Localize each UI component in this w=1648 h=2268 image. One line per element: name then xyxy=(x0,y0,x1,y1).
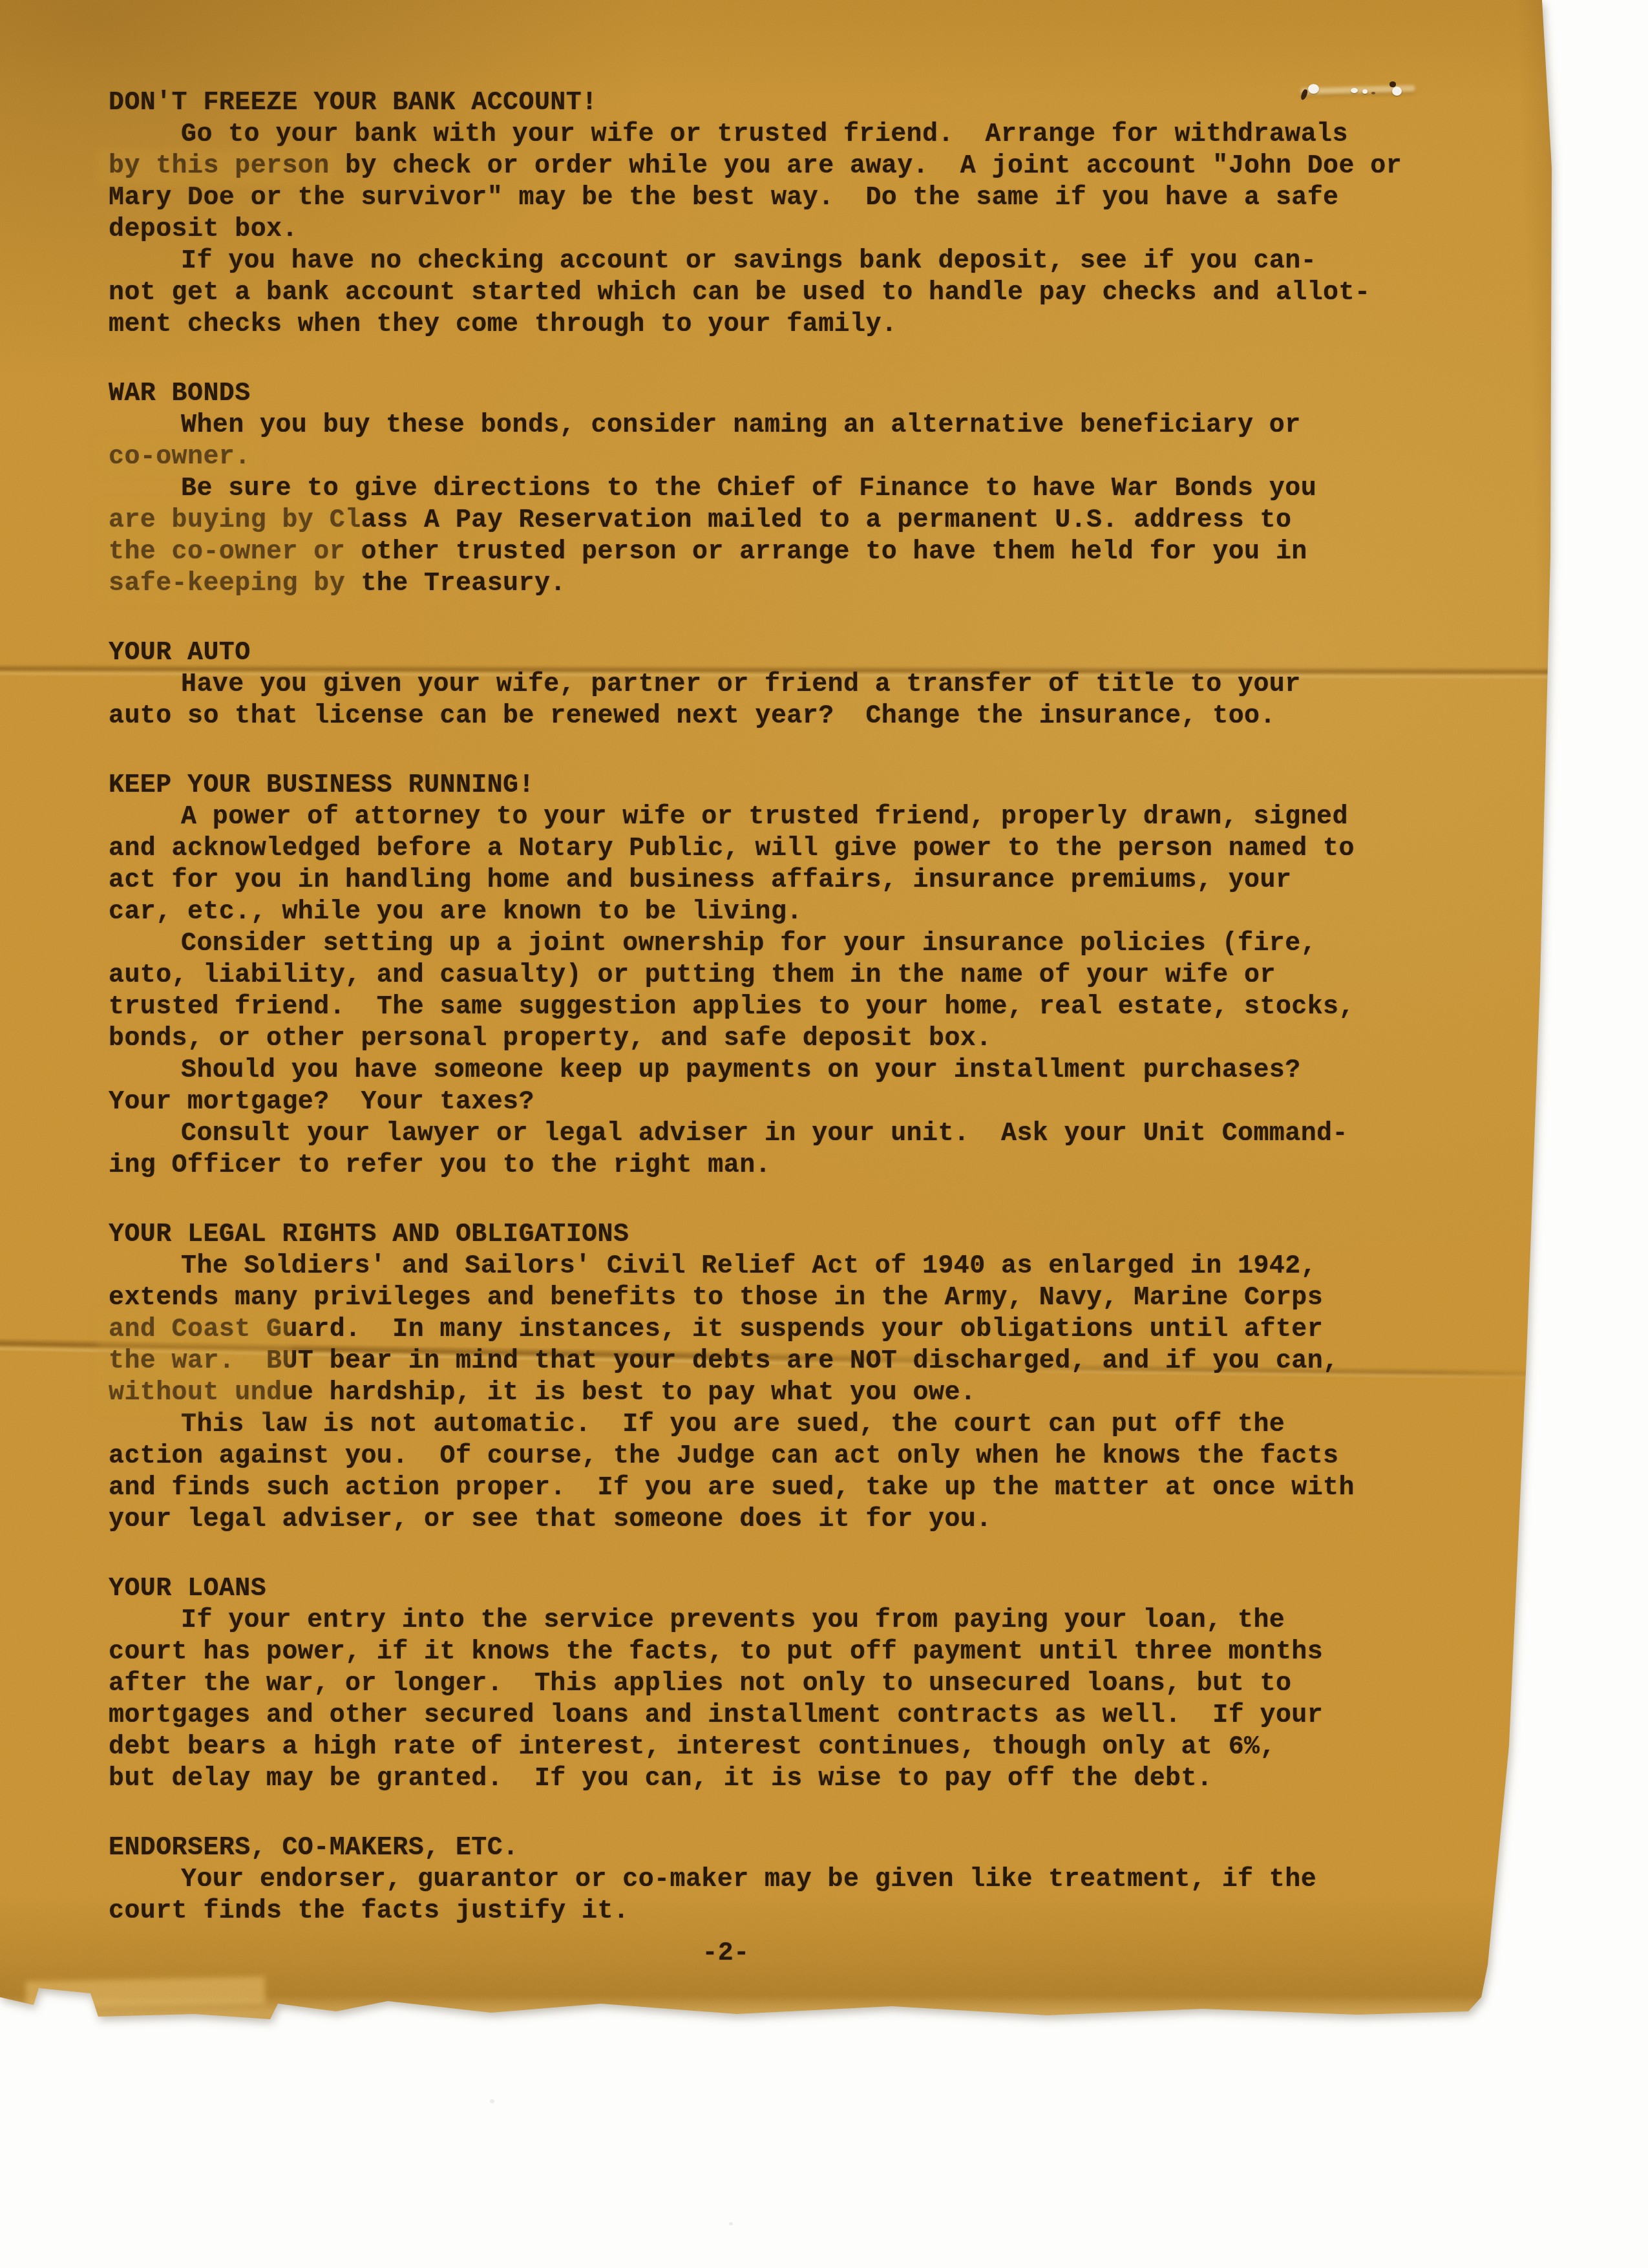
text-line: but delay may be granted. If you can, it… xyxy=(109,1763,1472,1795)
text-line: The Soldiers' and Sailors' Civil Relief … xyxy=(109,1251,1472,1282)
paragraph: Should you have someone keep up payments… xyxy=(109,1055,1472,1118)
text-line: extends many privileges and benefits to … xyxy=(109,1282,1472,1314)
right-edge-shading xyxy=(1448,0,1648,2083)
text-line: Should you have someone keep up payments… xyxy=(109,1055,1472,1086)
section-heading: WAR BONDS xyxy=(109,378,1472,410)
section-heading: YOUR AUTO xyxy=(109,637,1472,669)
paragraph: This law is not automatic. If you are su… xyxy=(109,1409,1472,1536)
section-endorsers-co-makers-etc: ENDORSERS, CO-MAKERS, ETC.Your endorser,… xyxy=(109,1832,1472,1927)
text-line: If you have no checking account or savin… xyxy=(109,246,1472,277)
section-heading: YOUR LOANS xyxy=(109,1573,1472,1605)
text-line: deposit box. xyxy=(109,214,1472,246)
text-line: ing Officer to refer you to the right ma… xyxy=(109,1150,1472,1182)
text-line: Go to your bank with your wife or truste… xyxy=(109,119,1472,151)
scan-area: DON'T FREEZE YOUR BANK ACCOUNT!Go to you… xyxy=(0,0,1648,2268)
text-line: your legal adviser, or see that someone … xyxy=(109,1504,1472,1536)
paragraph: A power of attorney to your wife or trus… xyxy=(109,801,1472,928)
paragraph: Consider setting up a joint ownership fo… xyxy=(109,928,1472,1055)
text-line: trusted friend. The same suggestion appl… xyxy=(109,991,1472,1023)
section-your-legal-rights-and-obligations: YOUR LEGAL RIGHTS AND OBLIGATIONSThe Sol… xyxy=(109,1219,1472,1536)
text-line: and finds such action proper. If you are… xyxy=(109,1472,1472,1504)
paper-sheet: DON'T FREEZE YOUR BANK ACCOUNT!Go to you… xyxy=(0,0,1559,2030)
document-sections: DON'T FREEZE YOUR BANK ACCOUNT!Go to you… xyxy=(109,87,1472,1927)
torn-edge-highlight xyxy=(0,1995,1499,2020)
text-line: Consider setting up a joint ownership fo… xyxy=(109,928,1472,960)
text-line: When you buy these bonds, consider namin… xyxy=(109,410,1472,441)
text-line: action against you. Of course, the Judge… xyxy=(109,1441,1472,1472)
scanner-bed: { "page": { "scanner_background_color": … xyxy=(0,0,1648,2268)
text-line: auto so that license can be renewed next… xyxy=(109,701,1472,732)
paragraph: If your entry into the service prevents … xyxy=(109,1605,1472,1795)
text-line: are buying by Class A Pay Reservation ma… xyxy=(109,505,1472,536)
text-line: the co-owner or other trusted person or … xyxy=(109,536,1472,568)
paragraph: Have you given your wife, partner or fri… xyxy=(109,669,1472,732)
paragraph: Your endorser, guarantor or co-maker may… xyxy=(109,1864,1472,1927)
paragraph: Be sure to give directions to the Chief … xyxy=(109,473,1472,600)
text-line: after the war, or longer. This applies n… xyxy=(109,1668,1472,1700)
text-line: bonds, or other personal property, and s… xyxy=(109,1023,1472,1055)
paragraph: If you have no checking account or savin… xyxy=(109,246,1472,341)
paragraph: Consult your lawyer or legal adviser in … xyxy=(109,1118,1472,1182)
text-line: the war. BUT bear in mind that your debt… xyxy=(109,1346,1472,1377)
text-line: A power of attorney to your wife or trus… xyxy=(109,801,1472,833)
document-text: DON'T FREEZE YOUR BANK ACCOUNT!Go to you… xyxy=(109,87,1472,1969)
section-heading: DON'T FREEZE YOUR BANK ACCOUNT! xyxy=(109,87,1472,119)
paragraph: The Soldiers' and Sailors' Civil Relief … xyxy=(109,1251,1472,1409)
text-line: Your mortgage? Your taxes? xyxy=(109,1086,1472,1118)
text-line: auto, liability, and casualty) or puttin… xyxy=(109,960,1472,991)
text-line: safe-keeping by the Treasury. xyxy=(109,568,1472,600)
section-heading: YOUR LEGAL RIGHTS AND OBLIGATIONS xyxy=(109,1219,1472,1251)
text-line: act for you in handling home and busines… xyxy=(109,865,1472,896)
paragraph: Go to your bank with your wife or truste… xyxy=(109,119,1472,246)
dust-speck xyxy=(729,2222,733,2225)
section-keep-your-business-running: KEEP YOUR BUSINESS RUNNING!A power of at… xyxy=(109,770,1472,1182)
text-line: court finds the facts justify it. xyxy=(109,1896,1472,1927)
text-line: This law is not automatic. If you are su… xyxy=(109,1409,1472,1441)
section-heading: KEEP YOUR BUSINESS RUNNING! xyxy=(109,770,1472,801)
text-line: without undue hardship, it is best to pa… xyxy=(109,1377,1472,1409)
text-line: and acknowledged before a Notary Public,… xyxy=(109,833,1472,865)
text-line: Mary Doe or the survivor" may be the bes… xyxy=(109,182,1472,214)
text-line: If your entry into the service prevents … xyxy=(109,1605,1472,1637)
text-line: by this person by check or order while y… xyxy=(109,151,1472,182)
dust-speck xyxy=(490,2099,494,2103)
page-number: -2- xyxy=(44,1938,1408,1969)
text-line: car, etc., while you are known to be liv… xyxy=(109,896,1472,928)
text-line: Have you given your wife, partner or fri… xyxy=(109,669,1472,701)
text-line: ment checks when they come through to yo… xyxy=(109,309,1472,341)
text-line: Consult your lawyer or legal adviser in … xyxy=(109,1118,1472,1150)
section-dont-freeze-your-bank-account: DON'T FREEZE YOUR BANK ACCOUNT!Go to you… xyxy=(109,87,1472,341)
section-your-loans: YOUR LOANSIf your entry into the service… xyxy=(109,1573,1472,1795)
text-line: court has power, if it knows the facts, … xyxy=(109,1637,1472,1668)
section-war-bonds: WAR BONDSWhen you buy these bonds, consi… xyxy=(109,378,1472,600)
text-line: and Coast Guard. In many instances, it s… xyxy=(109,1314,1472,1346)
text-line: not get a bank account started which can… xyxy=(109,277,1472,309)
section-heading: ENDORSERS, CO-MAKERS, ETC. xyxy=(109,1832,1472,1864)
section-your-auto: YOUR AUTOHave you given your wife, partn… xyxy=(109,637,1472,732)
text-line: Be sure to give directions to the Chief … xyxy=(109,473,1472,505)
text-line: mortgages and other secured loans and in… xyxy=(109,1700,1472,1732)
text-line: debt bears a high rate of interest, inte… xyxy=(109,1732,1472,1763)
text-line: co-owner. xyxy=(109,441,1472,473)
paragraph: When you buy these bonds, consider namin… xyxy=(109,410,1472,473)
text-line: Your endorser, guarantor or co-maker may… xyxy=(109,1864,1472,1896)
